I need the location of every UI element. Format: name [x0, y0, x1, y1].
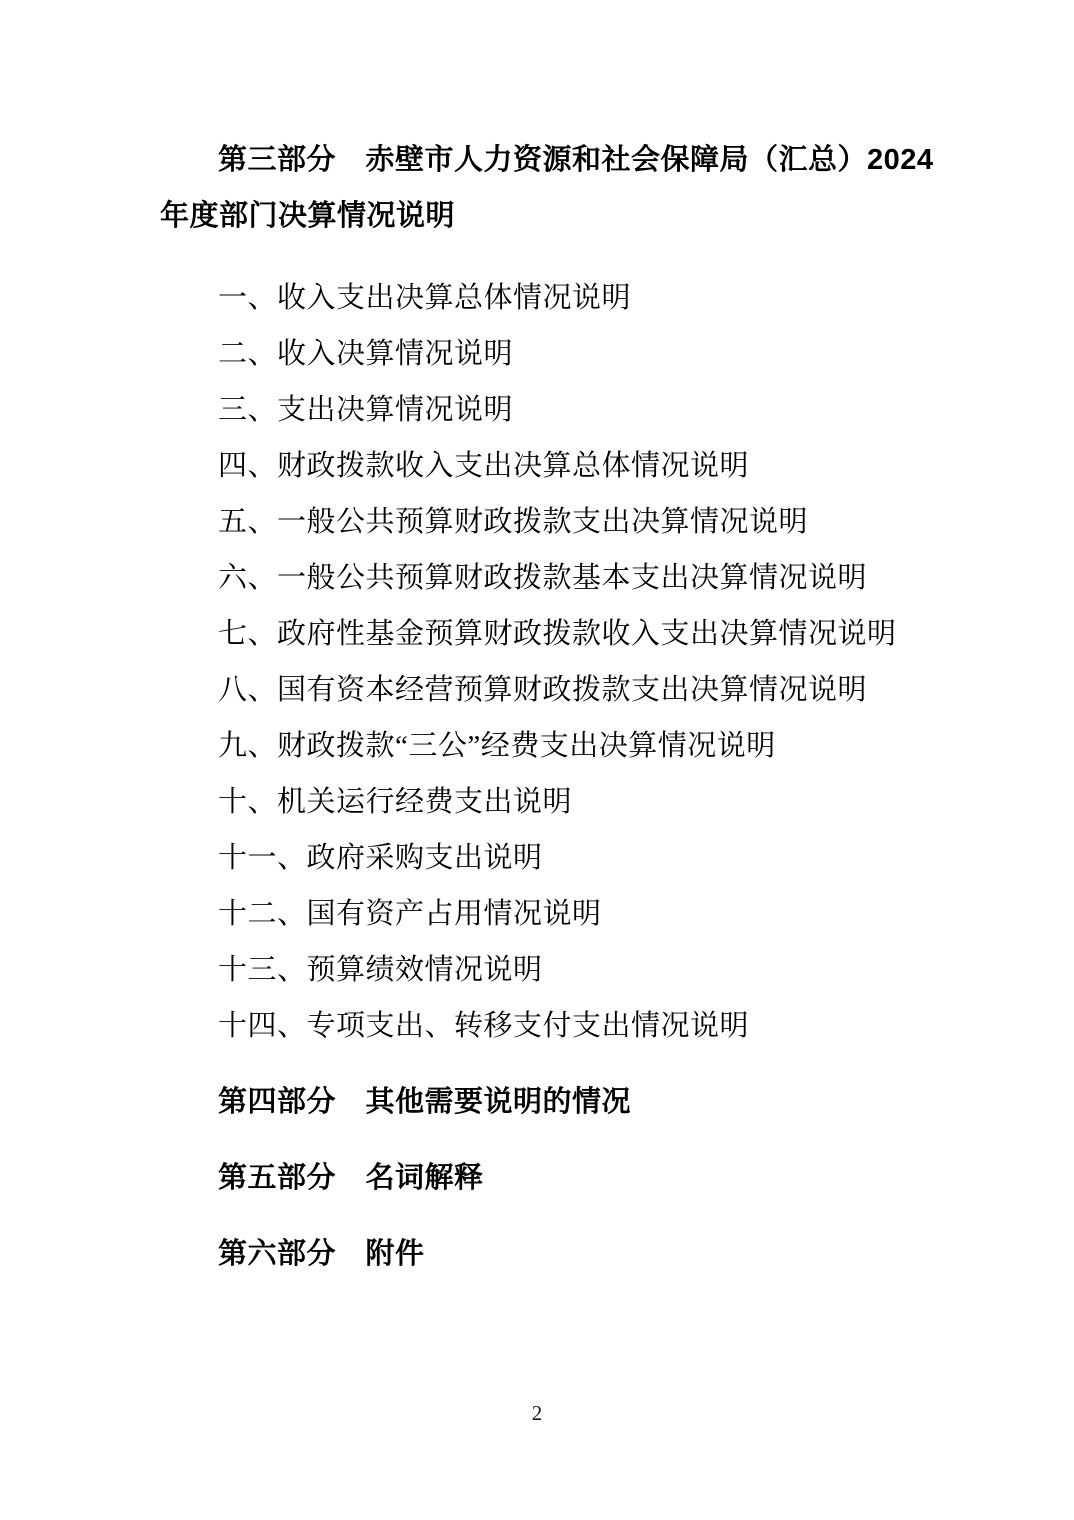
toc-item: 五、一般公共预算财政拨款支出决算情况说明	[160, 494, 914, 550]
doc-title-line-2: 年度部门决算情况说明	[160, 188, 914, 244]
toc-item: 三、支出决算情况说明	[160, 382, 914, 438]
page-number: 2	[0, 1400, 1074, 1426]
toc-item: 九、财政拨款“三公”经费支出决算情况说明	[160, 718, 914, 774]
toc-item: 十、机关运行经费支出说明	[160, 774, 914, 830]
toc-item: 一、收入支出决算总体情况说明	[160, 270, 914, 326]
toc-item: 二、收入决算情况说明	[160, 326, 914, 382]
section-heading-part6: 第六部分 附件	[160, 1226, 914, 1282]
doc-title-line-1: 第三部分 赤壁市人力资源和社会保障局（汇总）2024	[160, 132, 914, 188]
toc-item: 八、国有资本经营预算财政拨款支出决算情况说明	[160, 662, 914, 718]
toc-item: 七、政府性基金预算财政拨款收入支出决算情况说明	[160, 606, 914, 662]
doc-title: 第三部分 赤壁市人力资源和社会保障局（汇总）2024 年度部门决算情况说明	[160, 132, 914, 244]
section-heading-part5: 第五部分 名词解释	[160, 1150, 914, 1206]
section-heading-part4: 第四部分 其他需要说明的情况	[160, 1074, 914, 1130]
toc-item: 十一、政府采购支出说明	[160, 830, 914, 886]
page-content: 第三部分 赤壁市人力资源和社会保障局（汇总）2024 年度部门决算情况说明 一、…	[160, 132, 914, 1282]
toc-item: 四、财政拨款收入支出决算总体情况说明	[160, 438, 914, 494]
toc-item: 十三、预算绩效情况说明	[160, 942, 914, 998]
toc-list: 一、收入支出决算总体情况说明 二、收入决算情况说明 三、支出决算情况说明 四、财…	[160, 270, 914, 1054]
toc-item: 十四、专项支出、转移支付支出情况说明	[160, 998, 914, 1054]
toc-item: 十二、国有资产占用情况说明	[160, 886, 914, 942]
toc-item: 六、一般公共预算财政拨款基本支出决算情况说明	[160, 550, 914, 606]
document-page: 第三部分 赤壁市人力资源和社会保障局（汇总）2024 年度部门决算情况说明 一、…	[0, 0, 1074, 1520]
